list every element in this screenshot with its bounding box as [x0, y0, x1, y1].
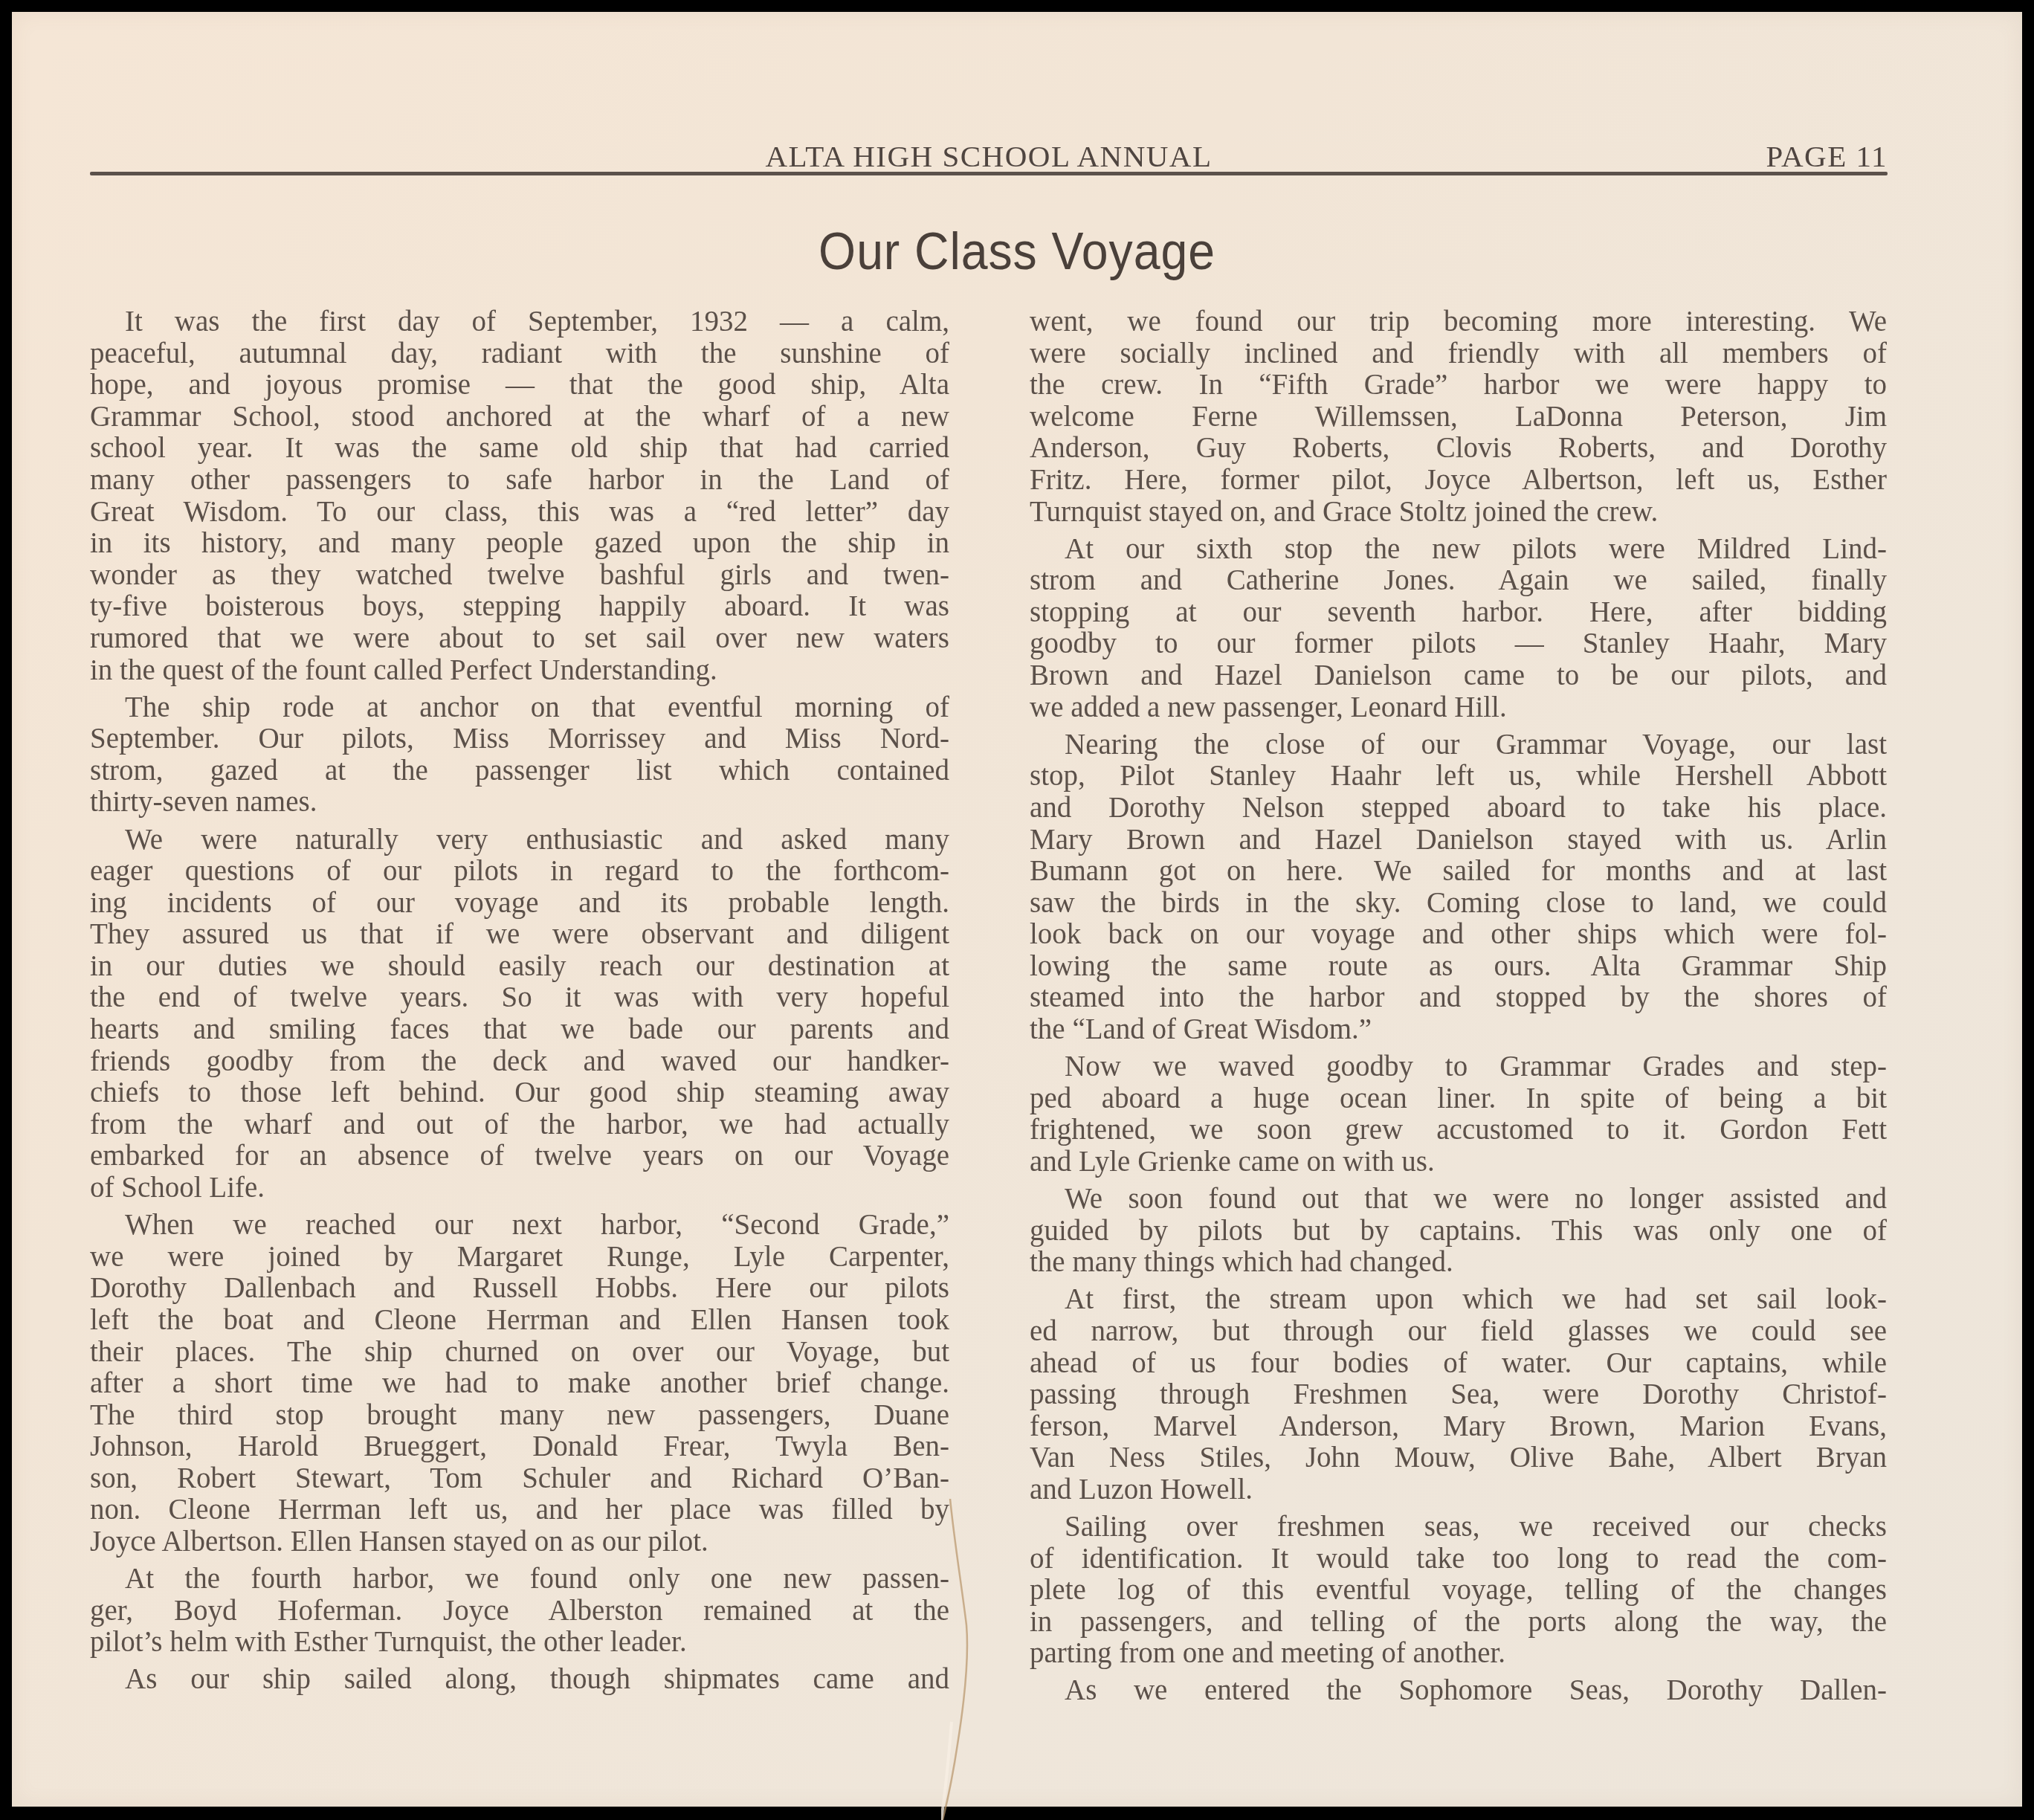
- text-line: we were joined by Margaret Runge, Lyle C…: [90, 1242, 949, 1274]
- text-line: Van Ness Stiles, John Mouw, Olive Bahe, …: [1030, 1442, 1887, 1474]
- text-line: plete log of this eventful voyage, telli…: [1030, 1575, 1887, 1607]
- text-line: in its history, and many people gazed up…: [90, 528, 949, 560]
- running-title: ALTA HIGH SCHOOL ANNUAL: [90, 140, 1888, 172]
- text-line: in passengers, and telling of the ports …: [1030, 1607, 1887, 1639]
- text-line: Dorothy Dallenbach and Russell Hobbs. He…: [90, 1273, 949, 1305]
- text-line: and Luzon Howell.: [1030, 1474, 1887, 1506]
- page-tear-mark: [941, 1499, 971, 1820]
- text-line: ed narrow, but through our field glasses…: [1030, 1316, 1887, 1348]
- text-line: embarked for an absence of twelve years …: [90, 1140, 949, 1172]
- text-line: the end of twelve years. So it was with …: [90, 982, 949, 1014]
- right-column: went, we found our trip becoming more in…: [1030, 306, 1887, 1713]
- text-line: goodby to our former pilots — Stanley Ha…: [1030, 628, 1887, 660]
- text-line: Johnson, Harold Brueggert, Donald Frear,…: [90, 1431, 949, 1463]
- text-line: non. Cleone Herrman left us, and her pla…: [90, 1494, 949, 1526]
- text-line: left the boat and Cleone Herrman and Ell…: [90, 1305, 949, 1337]
- paragraph: At first, the stream upon which we had s…: [1030, 1284, 1887, 1506]
- text-line: As we entered the Sophomore Seas, Doroth…: [1030, 1675, 1887, 1707]
- text-line: we added a new passenger, Leonard Hill.: [1030, 692, 1887, 724]
- text-line: Fritz. Here, former pilot, Joyce Alberts…: [1030, 465, 1887, 497]
- text-line: rumored that we were about to set sail o…: [90, 623, 949, 655]
- text-line: their places. The ship churned on over o…: [90, 1337, 949, 1369]
- text-line: of School Life.: [90, 1172, 949, 1204]
- text-line: stopping at our seventh harbor. Here, af…: [1030, 597, 1887, 629]
- paragraph: Nearing the close of our Grammar Voyage,…: [1030, 729, 1887, 1046]
- text-line: The third stop brought many new passenge…: [90, 1400, 949, 1432]
- paragraph: As we entered the Sophomore Seas, Doroth…: [1030, 1675, 1887, 1707]
- paragraph: It was the first day of September, 1932 …: [90, 306, 949, 686]
- page-number: PAGE 11: [1766, 140, 1888, 172]
- text-line: strom and Catherine Jones. Again we sail…: [1030, 565, 1887, 597]
- text-line: Sailing over freshmen seas, we received …: [1030, 1511, 1887, 1543]
- text-line: lowing the same route as ours. Alta Gram…: [1030, 951, 1887, 983]
- text-line: welcome Ferne Willemssen, LaDonna Peters…: [1030, 401, 1887, 433]
- text-line: It was the first day of September, 1932 …: [90, 306, 949, 338]
- text-line: thirty-seven names.: [90, 787, 949, 819]
- text-line: September. Our pilots, Miss Morrissey an…: [90, 723, 949, 755]
- text-line: Turnquist stayed on, and Grace Stoltz jo…: [1030, 497, 1887, 529]
- text-line: ped aboard a huge ocean liner. In spite …: [1030, 1083, 1887, 1115]
- text-line: We were naturally very enthusiastic and …: [90, 825, 949, 856]
- text-line: look back on our voyage and other ships …: [1030, 919, 1887, 951]
- paragraph: At the fourth harbor, we found only one …: [90, 1564, 949, 1659]
- text-line: friends goodby from the deck and waved o…: [90, 1046, 949, 1078]
- paragraph: Sailing over freshmen seas, we received …: [1030, 1511, 1887, 1670]
- paragraph: When we reached our next harbor, “Second…: [90, 1210, 949, 1558]
- text-line: Mary Brown and Hazel Danielson stayed wi…: [1030, 825, 1887, 856]
- text-line: after a short time we had to make anothe…: [90, 1368, 949, 1400]
- text-line: saw the birds in the sky. Coming close t…: [1030, 888, 1887, 920]
- text-line: school year. It was the same old ship th…: [90, 433, 949, 465]
- text-line: Nearing the close of our Grammar Voyage,…: [1030, 729, 1887, 761]
- left-column: It was the first day of September, 1932 …: [90, 306, 949, 1702]
- text-line: ing incidents of our voyage and its prob…: [90, 888, 949, 920]
- text-line: eager questions of our pilots in regard …: [90, 856, 949, 888]
- text-line: hearts and smiling faces that we bade ou…: [90, 1014, 949, 1046]
- text-line: Now we waved goodby to Grammar Grades an…: [1030, 1051, 1887, 1083]
- text-line: Joyce Albertson. Ellen Hansen stayed on …: [90, 1526, 949, 1558]
- article-title: Our Class Voyage: [92, 222, 1942, 281]
- text-line: the many things which had changed.: [1030, 1247, 1887, 1279]
- header-rule: [90, 172, 1888, 175]
- text-line: Brown and Hazel Danielson came to be our…: [1030, 660, 1887, 692]
- text-line: chiefs to those left behind. Our good sh…: [90, 1077, 949, 1109]
- text-line: At first, the stream upon which we had s…: [1030, 1284, 1887, 1316]
- text-line: guided by pilots but by captains. This w…: [1030, 1216, 1887, 1248]
- text-line: parting from one and meeting of another.: [1030, 1638, 1887, 1670]
- text-line: hope, and joyous promise — that the good…: [90, 370, 949, 401]
- text-line: pilot’s helm with Esther Turnquist, the …: [90, 1627, 949, 1659]
- text-line: ty-five boisterous boys, stepping happil…: [90, 591, 949, 623]
- text-line: Anderson, Guy Roberts, Clovis Roberts, a…: [1030, 433, 1887, 465]
- paragraph: We were naturally very enthusiastic and …: [90, 825, 949, 1204]
- running-header: ALTA HIGH SCHOOL ANNUAL PAGE 11: [90, 12, 1888, 177]
- paragraph: As our ship sailed along, though shipmat…: [90, 1664, 949, 1696]
- text-line: stop, Pilot Stanley Haahr left us, while…: [1030, 761, 1887, 793]
- text-line: went, we found our trip becoming more in…: [1030, 306, 1887, 338]
- text-line: in our duties we should easily reach our…: [90, 951, 949, 983]
- text-line: They assured us that if we were observan…: [90, 919, 949, 951]
- text-line: Bumann got on here. We sailed for months…: [1030, 856, 1887, 888]
- text-line: many other passengers to safe harbor in …: [90, 465, 949, 497]
- text-line: As our ship sailed along, though shipmat…: [90, 1664, 949, 1696]
- text-line: the “Land of Great Wisdom.”: [1030, 1014, 1887, 1046]
- text-line: When we reached our next harbor, “Second…: [90, 1210, 949, 1242]
- text-line: ferson, Marvel Anderson, Mary Brown, Mar…: [1030, 1411, 1887, 1443]
- text-line: At the fourth harbor, we found only one …: [90, 1564, 949, 1595]
- text-line: the crew. In “Fifth Grade” harbor we wer…: [1030, 370, 1887, 401]
- text-line: We soon found out that we were no longer…: [1030, 1184, 1887, 1216]
- text-line: At our sixth stop the new pilots were Mi…: [1030, 534, 1887, 566]
- text-line: ahead of us four bodies of water. Our ca…: [1030, 1348, 1887, 1380]
- yearbook-page: ALTA HIGH SCHOOL ANNUAL PAGE 11 Our Clas…: [12, 12, 2022, 1807]
- paragraph: At our sixth stop the new pilots were Mi…: [1030, 534, 1887, 724]
- text-line: of identification. It would take too lon…: [1030, 1543, 1887, 1575]
- text-line: passing through Freshmen Sea, were Dorot…: [1030, 1379, 1887, 1411]
- text-line: frightened, we soon grew accustomed to i…: [1030, 1114, 1887, 1146]
- text-line: Great Wisdom. To our class, this was a “…: [90, 497, 949, 529]
- text-line: were socially inclined and friendly with…: [1030, 338, 1887, 370]
- text-line: The ship rode at anchor on that eventful…: [90, 692, 949, 724]
- text-line: from the wharf and out of the harbor, we…: [90, 1109, 949, 1141]
- text-line: and Dorothy Nelson stepped aboard to tak…: [1030, 793, 1887, 825]
- text-line: in the quest of the fount called Perfect…: [90, 655, 949, 687]
- text-line: strom, gazed at the passenger list which…: [90, 755, 949, 787]
- text-line: wonder as they watched twelve bashful gi…: [90, 560, 949, 592]
- paragraph: We soon found out that we were no longer…: [1030, 1184, 1887, 1279]
- text-line: and Lyle Grienke came on with us.: [1030, 1146, 1887, 1178]
- paragraph: The ship rode at anchor on that eventful…: [90, 692, 949, 819]
- text-line: steamed into the harbor and stopped by t…: [1030, 982, 1887, 1014]
- text-line: Grammar School, stood anchored at the wh…: [90, 401, 949, 433]
- text-line: peaceful, autumnal day, radiant with the…: [90, 338, 949, 370]
- paragraph: went, we found our trip becoming more in…: [1030, 306, 1887, 528]
- text-line: ger, Boyd Hoferman. Joyce Alberston rema…: [90, 1595, 949, 1627]
- text-line: son, Robert Stewart, Tom Schuler and Ric…: [90, 1463, 949, 1495]
- paragraph: Now we waved goodby to Grammar Grades an…: [1030, 1051, 1887, 1178]
